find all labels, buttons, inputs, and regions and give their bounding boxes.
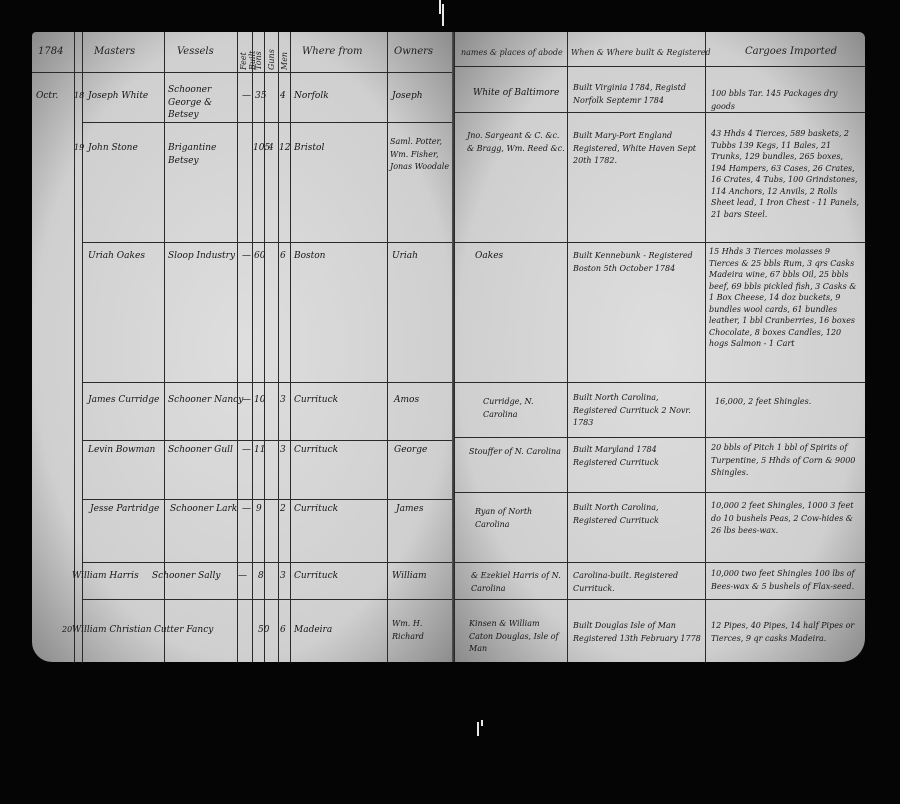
header-owners: Owners — [394, 46, 433, 57]
scan-background: 1784 Masters Vessels Feet Built Tons Gun… — [0, 0, 900, 804]
row-vessel: Sloop Industry — [168, 250, 235, 263]
row-tons: 10 — [254, 394, 265, 407]
header-guns: Guns — [267, 36, 276, 70]
row-tons: 11 — [254, 444, 265, 457]
row-day: 19 — [74, 142, 84, 155]
row-tons: 9 — [256, 503, 262, 516]
row-owner: James — [396, 503, 423, 516]
header-vessels: Vessels — [177, 46, 214, 57]
row-master: Joseph White — [88, 90, 148, 103]
row-guns: — — [242, 503, 251, 516]
row-master: William Harris — [72, 570, 139, 583]
row-built: Built Virginia 1784, Registd Norfolk Sep… — [573, 82, 703, 107]
row-guns-count: 4 — [268, 142, 274, 155]
film-marker-top — [439, 0, 441, 14]
row-men: 2 — [280, 503, 286, 516]
row-built: Built Douglas Isle of Man Registered 13t… — [573, 620, 703, 645]
header-cargoes: Cargoes Imported — [745, 46, 837, 57]
film-marker-bottom — [477, 722, 479, 736]
row-guns: — — [242, 394, 251, 407]
ledger-left-page: 1784 Masters Vessels Feet Built Tons Gun… — [32, 32, 457, 662]
row-from: Norfolk — [294, 90, 329, 103]
row-from: Boston — [294, 250, 325, 263]
row-owner-detail: White of Baltimore — [473, 87, 565, 100]
row-cargo: 10,000 two feet Shingles 100 lbs of Bees… — [711, 568, 859, 593]
row-owner-detail: Oakes — [475, 250, 565, 263]
row-vessel: Schooner Sally — [152, 570, 221, 583]
row-owner: William — [392, 570, 427, 583]
row-tons: 8 — [258, 570, 264, 583]
row-owner-detail: & Ezekiel Harris of N. Carolina — [471, 570, 565, 595]
header-where-from: Where from — [302, 46, 363, 57]
ledger-right-page: names & places of abode When & Where bui… — [455, 32, 865, 662]
row-vessel: Cutter Fancy — [154, 624, 213, 637]
row-owner: Saml. Potter, Wm. Fisher, Jonas Woodale — [390, 136, 450, 174]
row-guns: — — [242, 250, 251, 263]
row-from: Bristol — [294, 142, 324, 155]
row-cargo: 100 bbls Tar. 145 Packages dry goods — [711, 88, 859, 113]
film-marker-top-2 — [442, 4, 444, 26]
row-men: 3 — [280, 444, 286, 457]
row-men: 6 — [280, 624, 286, 637]
row-men: 6 — [280, 250, 286, 263]
row-cargo: 10,000 2 feet Shingles, 1000 3 feet do 1… — [711, 500, 859, 538]
row-from: Currituck — [294, 444, 338, 457]
header-owners-residence: names & places of abode — [461, 48, 563, 57]
row-owner-detail: Kinsen & William Caton Douglas, Isle of … — [469, 618, 565, 656]
row-from: Madeira — [294, 624, 332, 637]
row-owner-detail: Curridge, N. Carolina — [483, 396, 565, 421]
row-owner-detail: Jno. Sargeant & C. &c. & Bragg, Wm. Reed… — [467, 130, 565, 155]
row-day: 18 — [74, 90, 84, 103]
row-tons: 50 — [258, 624, 269, 637]
row-owner-detail: Stouffer of N. Carolina — [469, 446, 567, 459]
row-vessel: Brigantine Betsey — [168, 142, 238, 167]
row-owner: Amos — [394, 394, 419, 407]
row-built: Built North Carolina, Registered Curritu… — [573, 392, 703, 430]
row-master: Levin Bowman — [88, 444, 155, 457]
row-tons: 35 — [255, 90, 266, 103]
row-built: Built Mary-Port England Registered, Whit… — [573, 130, 703, 168]
row-from: Currituck — [294, 570, 338, 583]
row-owner: George — [394, 444, 427, 457]
row-guns: — — [242, 444, 251, 457]
row-cargo: 16,000, 2 feet Shingles. — [715, 396, 855, 409]
row-built: Built Kennebunk - Registered Boston 5th … — [573, 250, 703, 275]
row-vessel: Schooner George & Betsey — [168, 84, 236, 122]
row-from: Currituck — [294, 394, 338, 407]
row-guns: — — [238, 570, 247, 583]
row-master: Jesse Partridge — [90, 503, 159, 516]
year-label: 1784 — [38, 46, 63, 57]
row-cargo: 20 bbls of Pitch 1 bbl of Spirits of Tur… — [711, 442, 859, 480]
header-tons: Tons — [254, 36, 263, 70]
row-men: 3 — [280, 394, 286, 407]
row-tons: 60 — [254, 250, 265, 263]
row-built: Built North Carolina, Registered Curritu… — [573, 502, 703, 527]
row-owner: Joseph — [392, 90, 423, 103]
row-master: William Christian — [72, 624, 152, 637]
row-guns: — — [242, 90, 251, 103]
header-men: Men — [280, 36, 289, 70]
row-vessel: Schooner Gull — [168, 444, 233, 457]
header-masters: Masters — [94, 46, 135, 57]
row-day: 20 — [62, 624, 72, 637]
row-cargo: 15 Hhds 3 Tierces molasses 9 Tierces & 2… — [709, 246, 859, 350]
row-master: James Curridge — [88, 394, 159, 407]
row-from: Currituck — [294, 503, 338, 516]
row-vessel: Schooner Nancy — [168, 394, 243, 407]
film-marker-bottom-2 — [481, 720, 483, 726]
header-built-registered: When & Where built & Registered — [571, 48, 711, 57]
row-vessel: Schooner Lark — [170, 503, 237, 516]
row-men: 4 — [280, 90, 286, 103]
row-owner: Wm. H. Richard — [392, 618, 442, 643]
row-men: 12 — [279, 142, 290, 155]
row-owner-detail: Ryan of North Carolina — [475, 506, 567, 531]
row-owner: Uriah — [392, 250, 418, 263]
row-men: 3 — [280, 570, 286, 583]
row-month: Octr. — [36, 90, 58, 103]
row-built: Carolina-built. Registered Currituck. — [573, 570, 703, 595]
row-master: Uriah Oakes — [88, 250, 145, 263]
row-master: John Stone — [88, 142, 138, 155]
row-cargo: 43 Hhds 4 Tierces, 589 baskets, 2 Tubbs … — [711, 128, 859, 220]
row-built: Built Maryland 1784 Registered Currituck — [573, 444, 703, 469]
row-cargo: 12 Pipes, 40 Pipes, 14 half Pipes or Tie… — [711, 620, 859, 645]
